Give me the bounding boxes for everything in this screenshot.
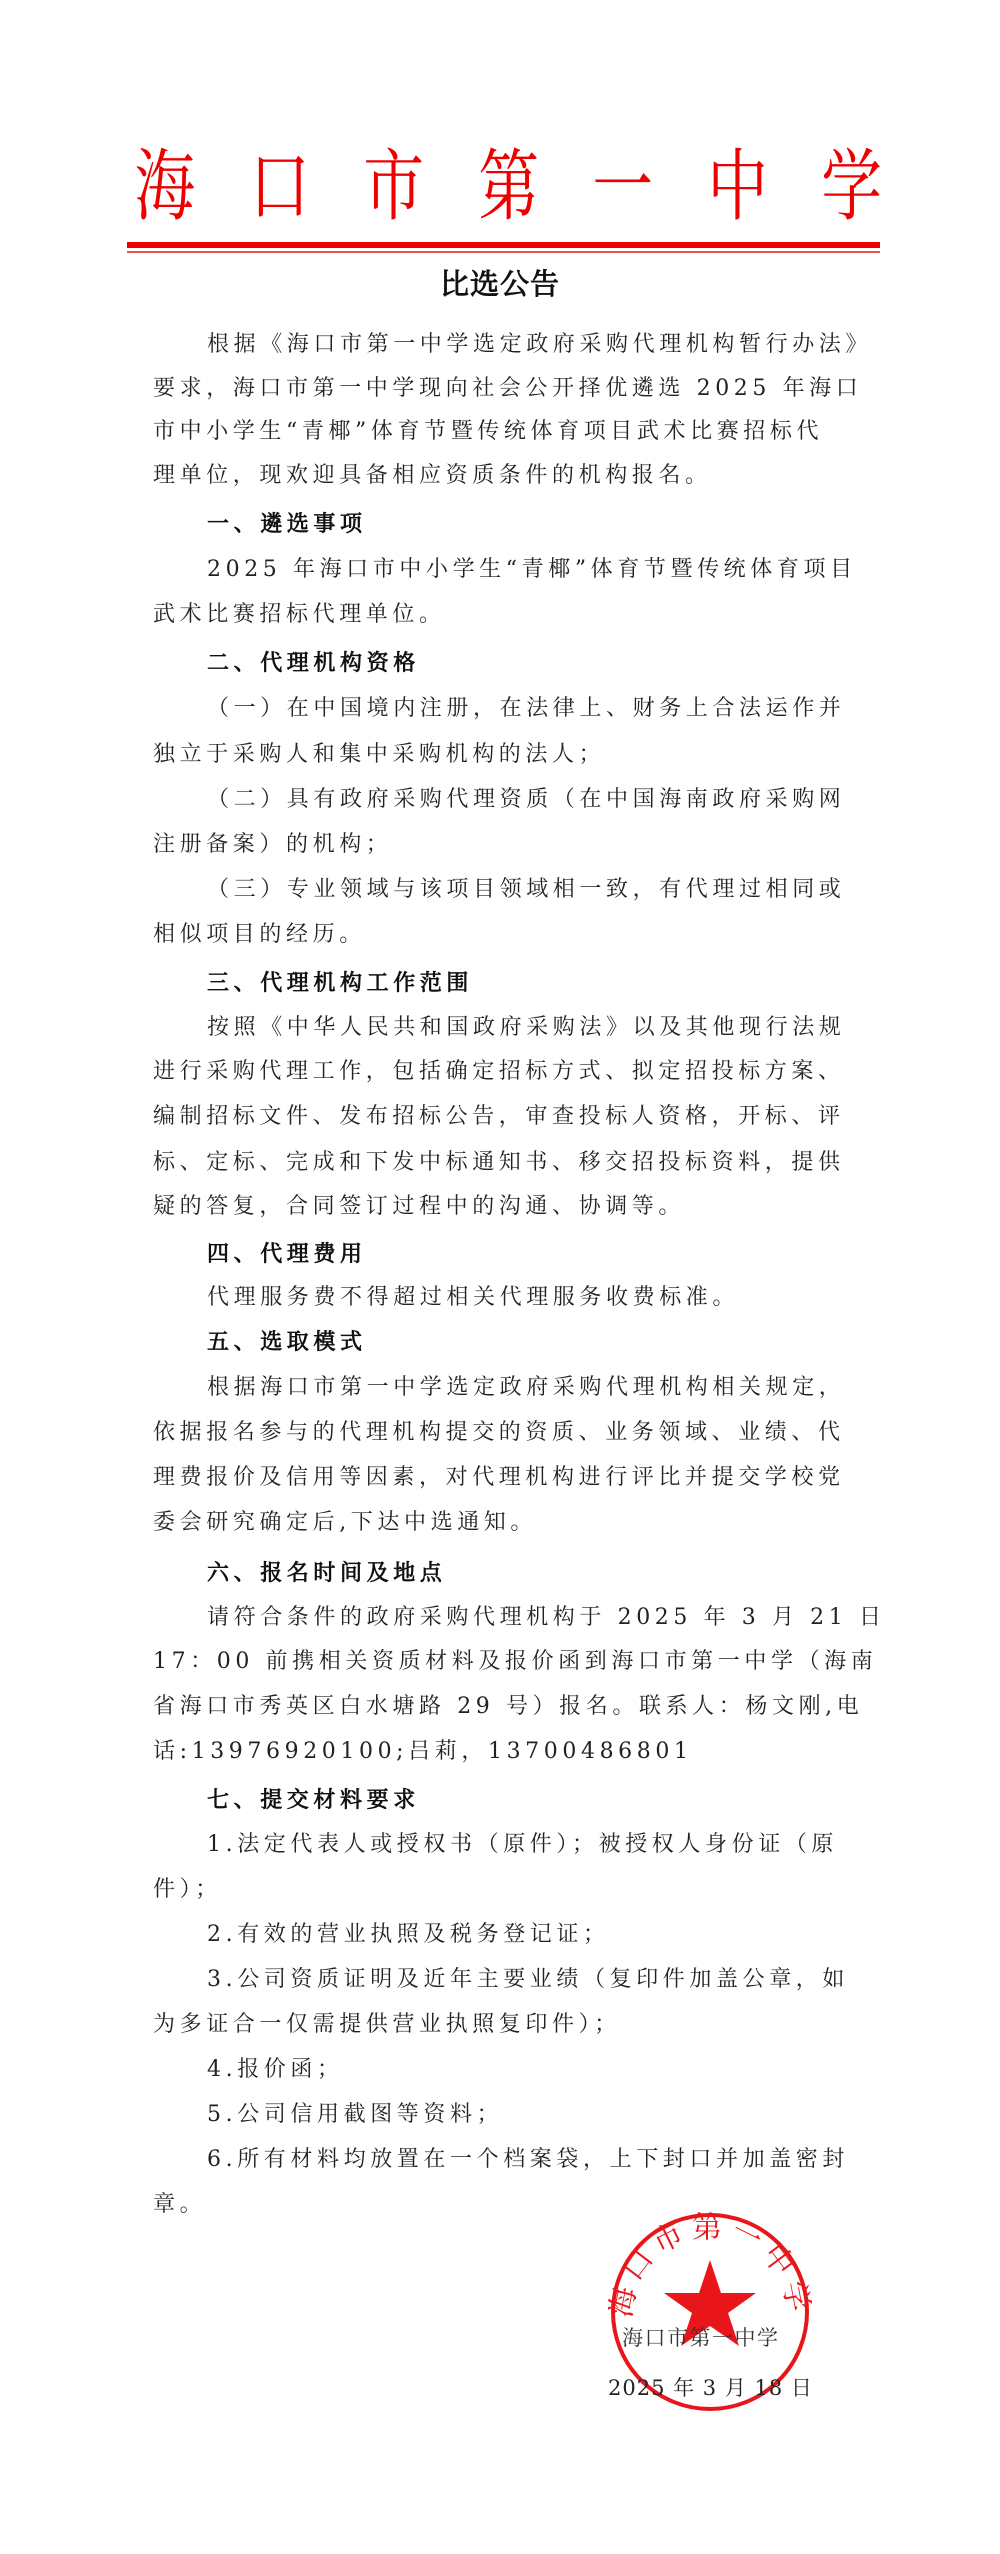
body-text-line: 依据报名参与的代理机构提交的资质、业务领域、业绩、代 [153, 1418, 853, 1448]
signature-organization: 海口市第一中学 [622, 2323, 812, 2353]
body-text-line: 根据海口市第一中学选定政府采购代理机构相关规定， [207, 1373, 907, 1403]
body-text-line: 按照《中华人民共和国政府采购法》以及其他现行法规 [207, 1013, 907, 1043]
document-page: 海 口 市 第 一 中 学 比选公告 根据《海口市第一中学选定政府采购代理机构暂… [0, 0, 1000, 2554]
body-text-line: 3.公司资质证明及近年主要业绩（复印件加盖公章，如 [207, 1965, 907, 1995]
section-heading: 一、遴选事项 [207, 509, 907, 539]
body-text-line: 1.法定代表人或授权书（原件）；被授权人身份证（原 [207, 1830, 907, 1860]
body-text-line: 进行采购代理工作，包括确定招标方式、拟定招投标方案、 [153, 1057, 853, 1087]
signature-date: 2025 年 3 月 18 日 [608, 2373, 818, 2403]
body-text-line: 5.公司信用截图等资料； [207, 2100, 907, 2130]
letterhead-char: 学 [821, 140, 872, 235]
letterhead-char: 海 [134, 140, 185, 235]
body-text-line: 6.所有材料均放置在一个档案袋，上下封口并加盖密封 [207, 2145, 907, 2175]
body-text-line: 代理服务费不得超过相关代理服务收费标准。 [207, 1283, 907, 1313]
body-text-line: 相似项目的经历。 [153, 920, 853, 950]
body-text-line: 理费报价及信用等因素，对代理机构进行评比并提交学校党 [153, 1463, 853, 1493]
body-text-line: 理单位，现欢迎具备相应资质条件的机构报名。 [153, 461, 853, 491]
letterhead-char: 一 [592, 140, 643, 235]
letterhead-char: 中 [707, 140, 758, 235]
body-text-line: 为多证合一仅需提供营业执照复印件）； [153, 2010, 853, 2040]
body-text-line: 武术比赛招标代理单位。 [153, 600, 853, 630]
section-heading: 二、代理机构资格 [207, 648, 907, 678]
letterhead-rule-thick [127, 242, 880, 248]
document-title: 比选公告 [0, 266, 1000, 302]
body-text-line: 话:13976920100;吕莉，13700486801 [153, 1737, 853, 1767]
body-text-line: 4.报价函； [207, 2055, 907, 2085]
body-text-line: 市中小学生“青椰”体育节暨传统体育项目武术比赛招标代 [153, 417, 853, 447]
body-text-line: 根据《海口市第一中学选定政府采购代理机构暂行办法》 [207, 330, 907, 360]
body-text-line: 省海口市秀英区白水塘路 29 号）报名。联系人：杨文刚,电 [153, 1692, 853, 1722]
body-text-line: 注册备案）的机构； [153, 830, 853, 860]
section-heading: 六、报名时间及地点 [207, 1558, 907, 1588]
section-heading: 四、代理费用 [207, 1239, 907, 1269]
letterhead-char: 市 [363, 140, 414, 235]
body-text-line: 请符合条件的政府采购代理机构于 2025 年 3 月 21 日 [207, 1603, 907, 1633]
body-text-line: （二）具有政府采购代理资质（在中国海南政府采购网 [207, 785, 907, 815]
body-text-line: 2.有效的营业执照及税务登记证； [207, 1920, 907, 1950]
letterhead-char: 第 [478, 140, 529, 235]
section-heading: 七、提交材料要求 [207, 1785, 907, 1815]
letterhead-rule-thin [127, 251, 880, 253]
body-text-line: （三）专业领域与该项目领域相一致，有代理过相同或 [207, 875, 907, 905]
body-text-line: 要求，海口市第一中学现向社会公开择优遴选 2025 年海口 [153, 374, 853, 404]
body-text-line: 委会研究确定后,下达中选通知。 [153, 1508, 853, 1538]
body-text-line: （一）在中国境内注册，在法律上、财务上合法运作并 [207, 694, 907, 724]
letterhead-char: 口 [249, 140, 300, 235]
section-heading: 三、代理机构工作范围 [207, 968, 907, 998]
body-text-line: 标、定标、完成和下发中标通知书、移交招投标资料，提供 [153, 1148, 853, 1178]
body-text-line: 疑的答复，合同签订过程中的沟通、协调等。 [153, 1192, 853, 1222]
body-text-line: 17：00 前携相关资质材料及报价函到海口市第一中学（海南 [153, 1647, 853, 1677]
letterhead-title: 海 口 市 第 一 中 学 [127, 140, 880, 235]
section-heading: 五、选取模式 [207, 1327, 907, 1357]
body-text-line: 2025 年海口市中小学生“青椰”体育节暨传统体育项目 [207, 555, 907, 585]
body-text-line: 独立于采购人和集中采购机构的法人； [153, 740, 853, 770]
body-text-line: 编制招标文件、发布招标公告，审查投标人资格，开标、评 [153, 1102, 853, 1132]
body-text-line: 件）； [153, 1875, 853, 1905]
